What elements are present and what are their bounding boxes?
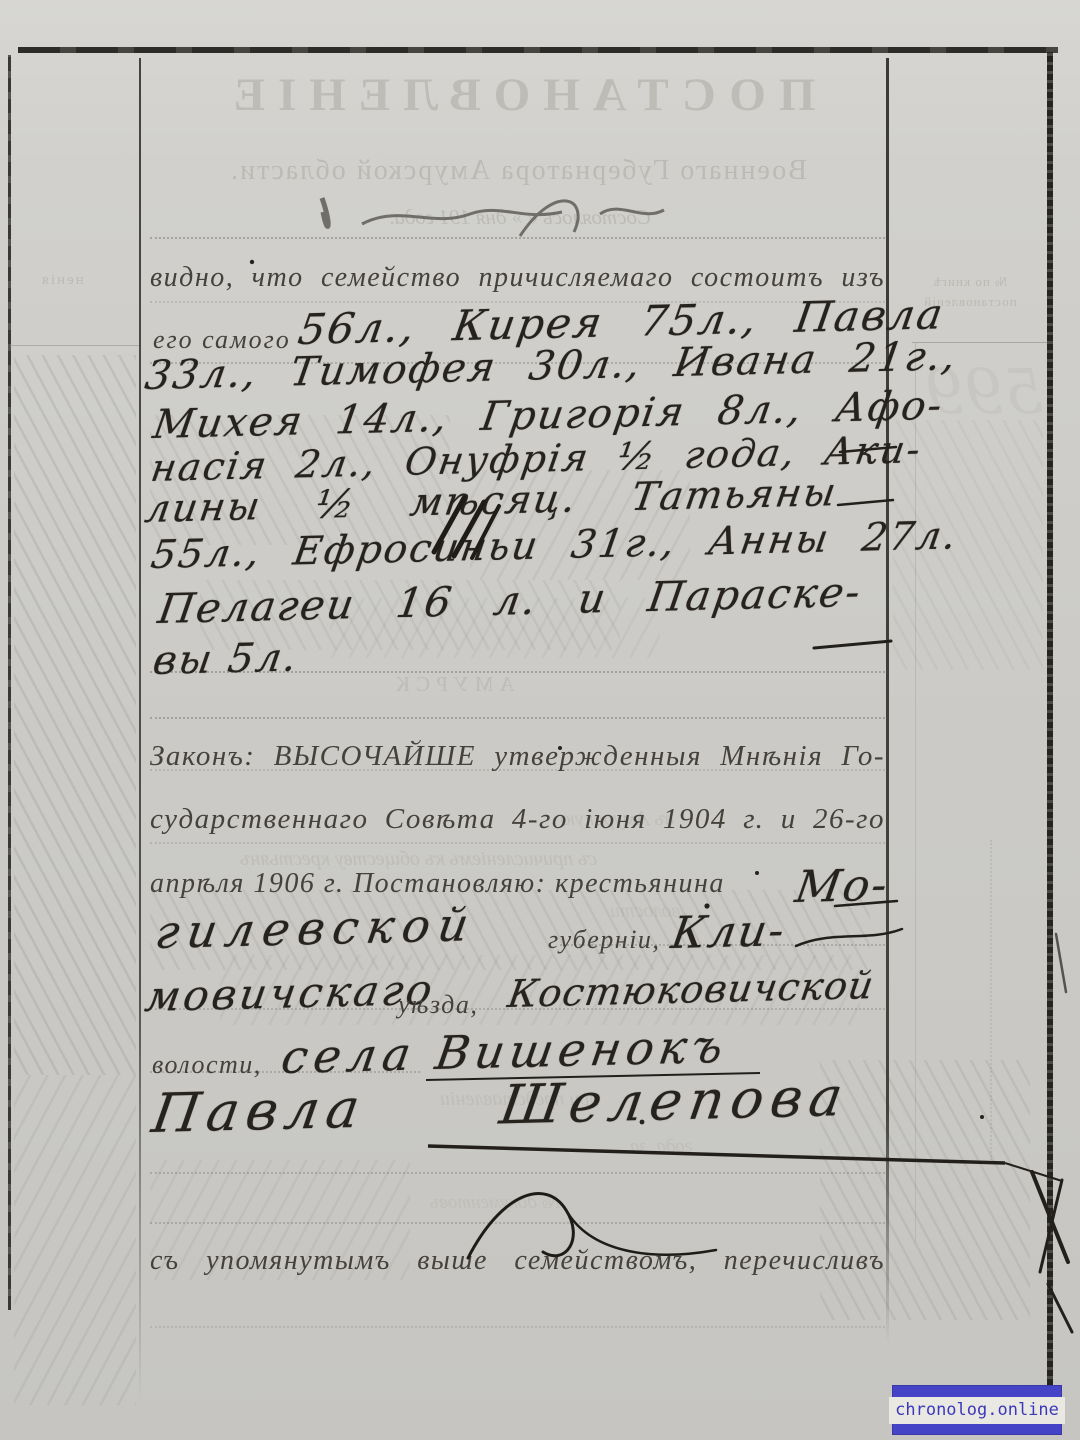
ruling-line: [150, 237, 885, 239]
ruling-line: [150, 717, 885, 719]
handwritten-line: Пелагеи 16 л. и Параске-: [155, 568, 865, 633]
top-border-rule: [18, 47, 1058, 53]
showthrough-dateline: Состоялось « » дня 191 года.: [170, 205, 870, 230]
showthrough-hatch: [820, 1060, 1030, 1320]
left-edge-line: [8, 55, 11, 1310]
ruling-line: [150, 842, 885, 844]
handwritten-mo: Мо-: [792, 860, 893, 913]
right-column-dotted-line: [990, 840, 992, 1160]
handwritten-kostyukovichi: Костюковичской: [505, 963, 877, 1016]
printed-law-line-2: сударственнаго Совѣта 4-го іюня 1904 г. …: [150, 803, 885, 836]
ruling-line: [150, 1326, 885, 1328]
watermark-badge[interactable]: chronolog.online: [893, 1386, 1061, 1434]
showthrough-title: ПОСТАНОВЛЕНІЕ: [150, 68, 886, 122]
showthrough-fragment-amursk: АМУРСК: [390, 672, 515, 697]
printed-gubernia: губерніи,: [548, 925, 660, 955]
document-scan: ПОСТАНОВЛЕНІЕ Военнаго Губернатора Амурс…: [0, 0, 1080, 1440]
showthrough-hatch: [14, 355, 136, 1075]
handwritten-uezd-part: мовичскаго: [142, 965, 438, 1021]
ruling-line: [150, 1222, 885, 1224]
left-column-header-line: [10, 345, 139, 346]
printed-uezd: уѣзда,: [398, 990, 478, 1020]
left-column-divider: [139, 58, 141, 1403]
printed-line-family: видно, что семейство причисляемаго состо…: [150, 262, 885, 294]
printed-law-line-1: Законъ: ВЫСОЧАЙШЕ утвержденныя Мнѣнія Го…: [150, 740, 885, 773]
showthrough-hatch: [14, 1075, 136, 1405]
showthrough-subtitle: Военнаго Губернатора Амурской области.: [150, 155, 886, 187]
surname-underline-tail: [1005, 1163, 1062, 1181]
ruling-line: [150, 1172, 885, 1174]
showthrough-left-fragment: ненія: [40, 272, 84, 289]
handwritten-gubernia-part: гилевской: [152, 897, 480, 959]
showthrough-fragment-dok: № документовъ: [430, 1192, 560, 1214]
right-column-inner-line: [915, 342, 916, 1242]
showthrough-fragment-goda: года, за: [630, 1136, 692, 1158]
handwritten-line: вы 5л.: [150, 634, 302, 684]
printed-law-line-3: апрѣля 1906 г. Постановляю: крестьянина: [150, 868, 725, 900]
showthrough-fragment-volosti: волости: [610, 900, 680, 923]
main-right-divider: [886, 58, 889, 1343]
printed-volost: волости,: [152, 1050, 262, 1080]
watermark-label[interactable]: chronolog.online: [889, 1397, 1065, 1424]
surname-underline: [428, 1146, 1005, 1163]
right-edge-line: [1047, 52, 1053, 1412]
handwritten-kli: Кли-: [668, 905, 789, 959]
printed-closing-line: съ упомянутымъ выше семействомъ, перечис…: [150, 1245, 885, 1277]
